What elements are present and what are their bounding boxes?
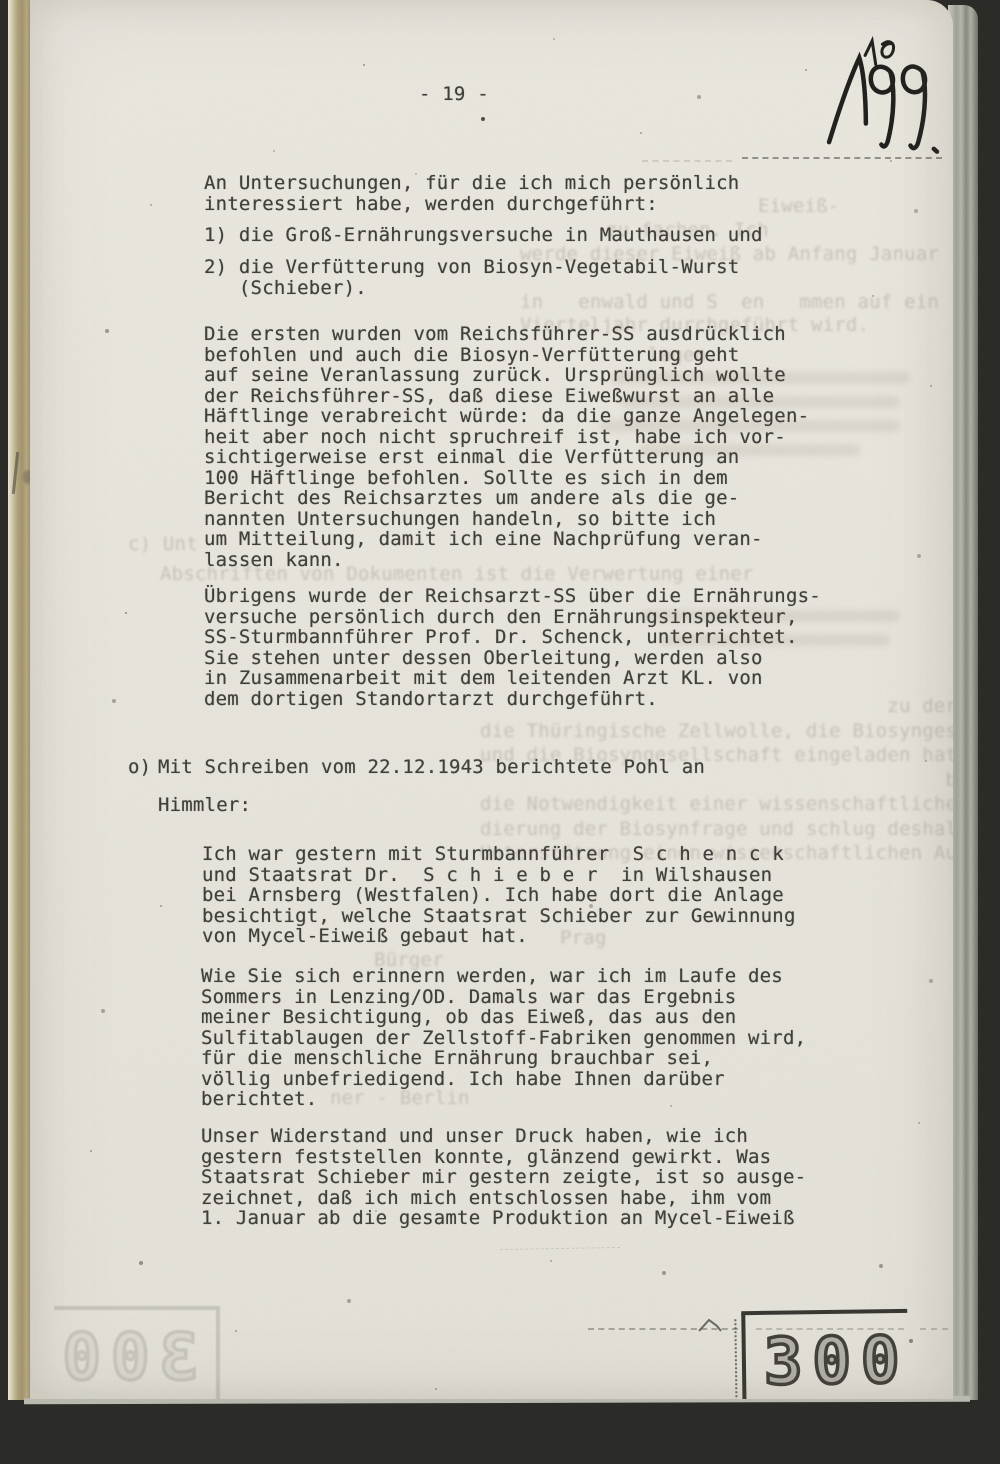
quote-unser: Unser Widerstand und unser Druck haben, …: [201, 1126, 806, 1229]
bleedthrough-text: Eiweiß-: [758, 194, 839, 219]
quote-wie-sie: Wie Sie sich erinnern werden, war ich im…: [201, 966, 806, 1110]
stamp-tick-marks: [734, 1319, 737, 1399]
handwritten-folio-number: [817, 22, 953, 171]
stamp-300-bleedthrough: 300: [50, 1306, 220, 1399]
item-o-line2: Himmler:: [158, 795, 251, 816]
bleedthrough-text: c) Unt: [128, 532, 198, 557]
document-page: Eiweiß- zu fachen. Ich werde dieser Eiwe…: [30, 0, 953, 1399]
bleedthrough-text: zu der die Thüringische Zellwolle, die B…: [480, 694, 953, 866]
stamp-border-left: [741, 1313, 746, 1399]
stamp-300: 300: [741, 1309, 913, 1399]
item-o-marker: o): [128, 757, 151, 778]
item-o-line1: Mit Schreiben vom 22.12.1943 berichtete …: [158, 757, 705, 778]
dashed-line-bottom-faint: [920, 1328, 948, 1330]
list-item-2: 2) die Verfütterung von Biosyn-Vegetabil…: [204, 257, 739, 298]
stamp-number: 300: [52, 1326, 198, 1390]
stamp-number: 300: [764, 1329, 910, 1395]
underline-smudge: [500, 1247, 620, 1250]
intro-paragraph: An Untersuchungen, für die ich mich pers…: [204, 173, 739, 214]
caret-mark: [697, 1317, 727, 1335]
dashed-line-top-faint: [642, 160, 732, 162]
paper-speckles: [30, 0, 32, 2]
stamp-border-top: [54, 1306, 220, 1310]
scanned-book-photo: Eiweiß- zu fachen. Ich werde dieser Eiwe…: [0, 0, 1000, 1464]
list-item-1: 1) die Groß-Ernährungsversuche in Mautha…: [204, 225, 763, 246]
paragraph-uebrigens: Übrigens wurde der Reichsarzt-SS über di…: [204, 586, 821, 709]
stamp-border-top: [741, 1309, 907, 1315]
page-number: - 19 -: [419, 84, 489, 105]
quote-ich-war: Ich war gestern mit Sturmbannführer S c …: [202, 844, 796, 947]
stamp-border-left: [216, 1308, 220, 1399]
paragraph-befohlen: Die ersten wurden vom Reichsführer-SS au…: [204, 324, 809, 570]
